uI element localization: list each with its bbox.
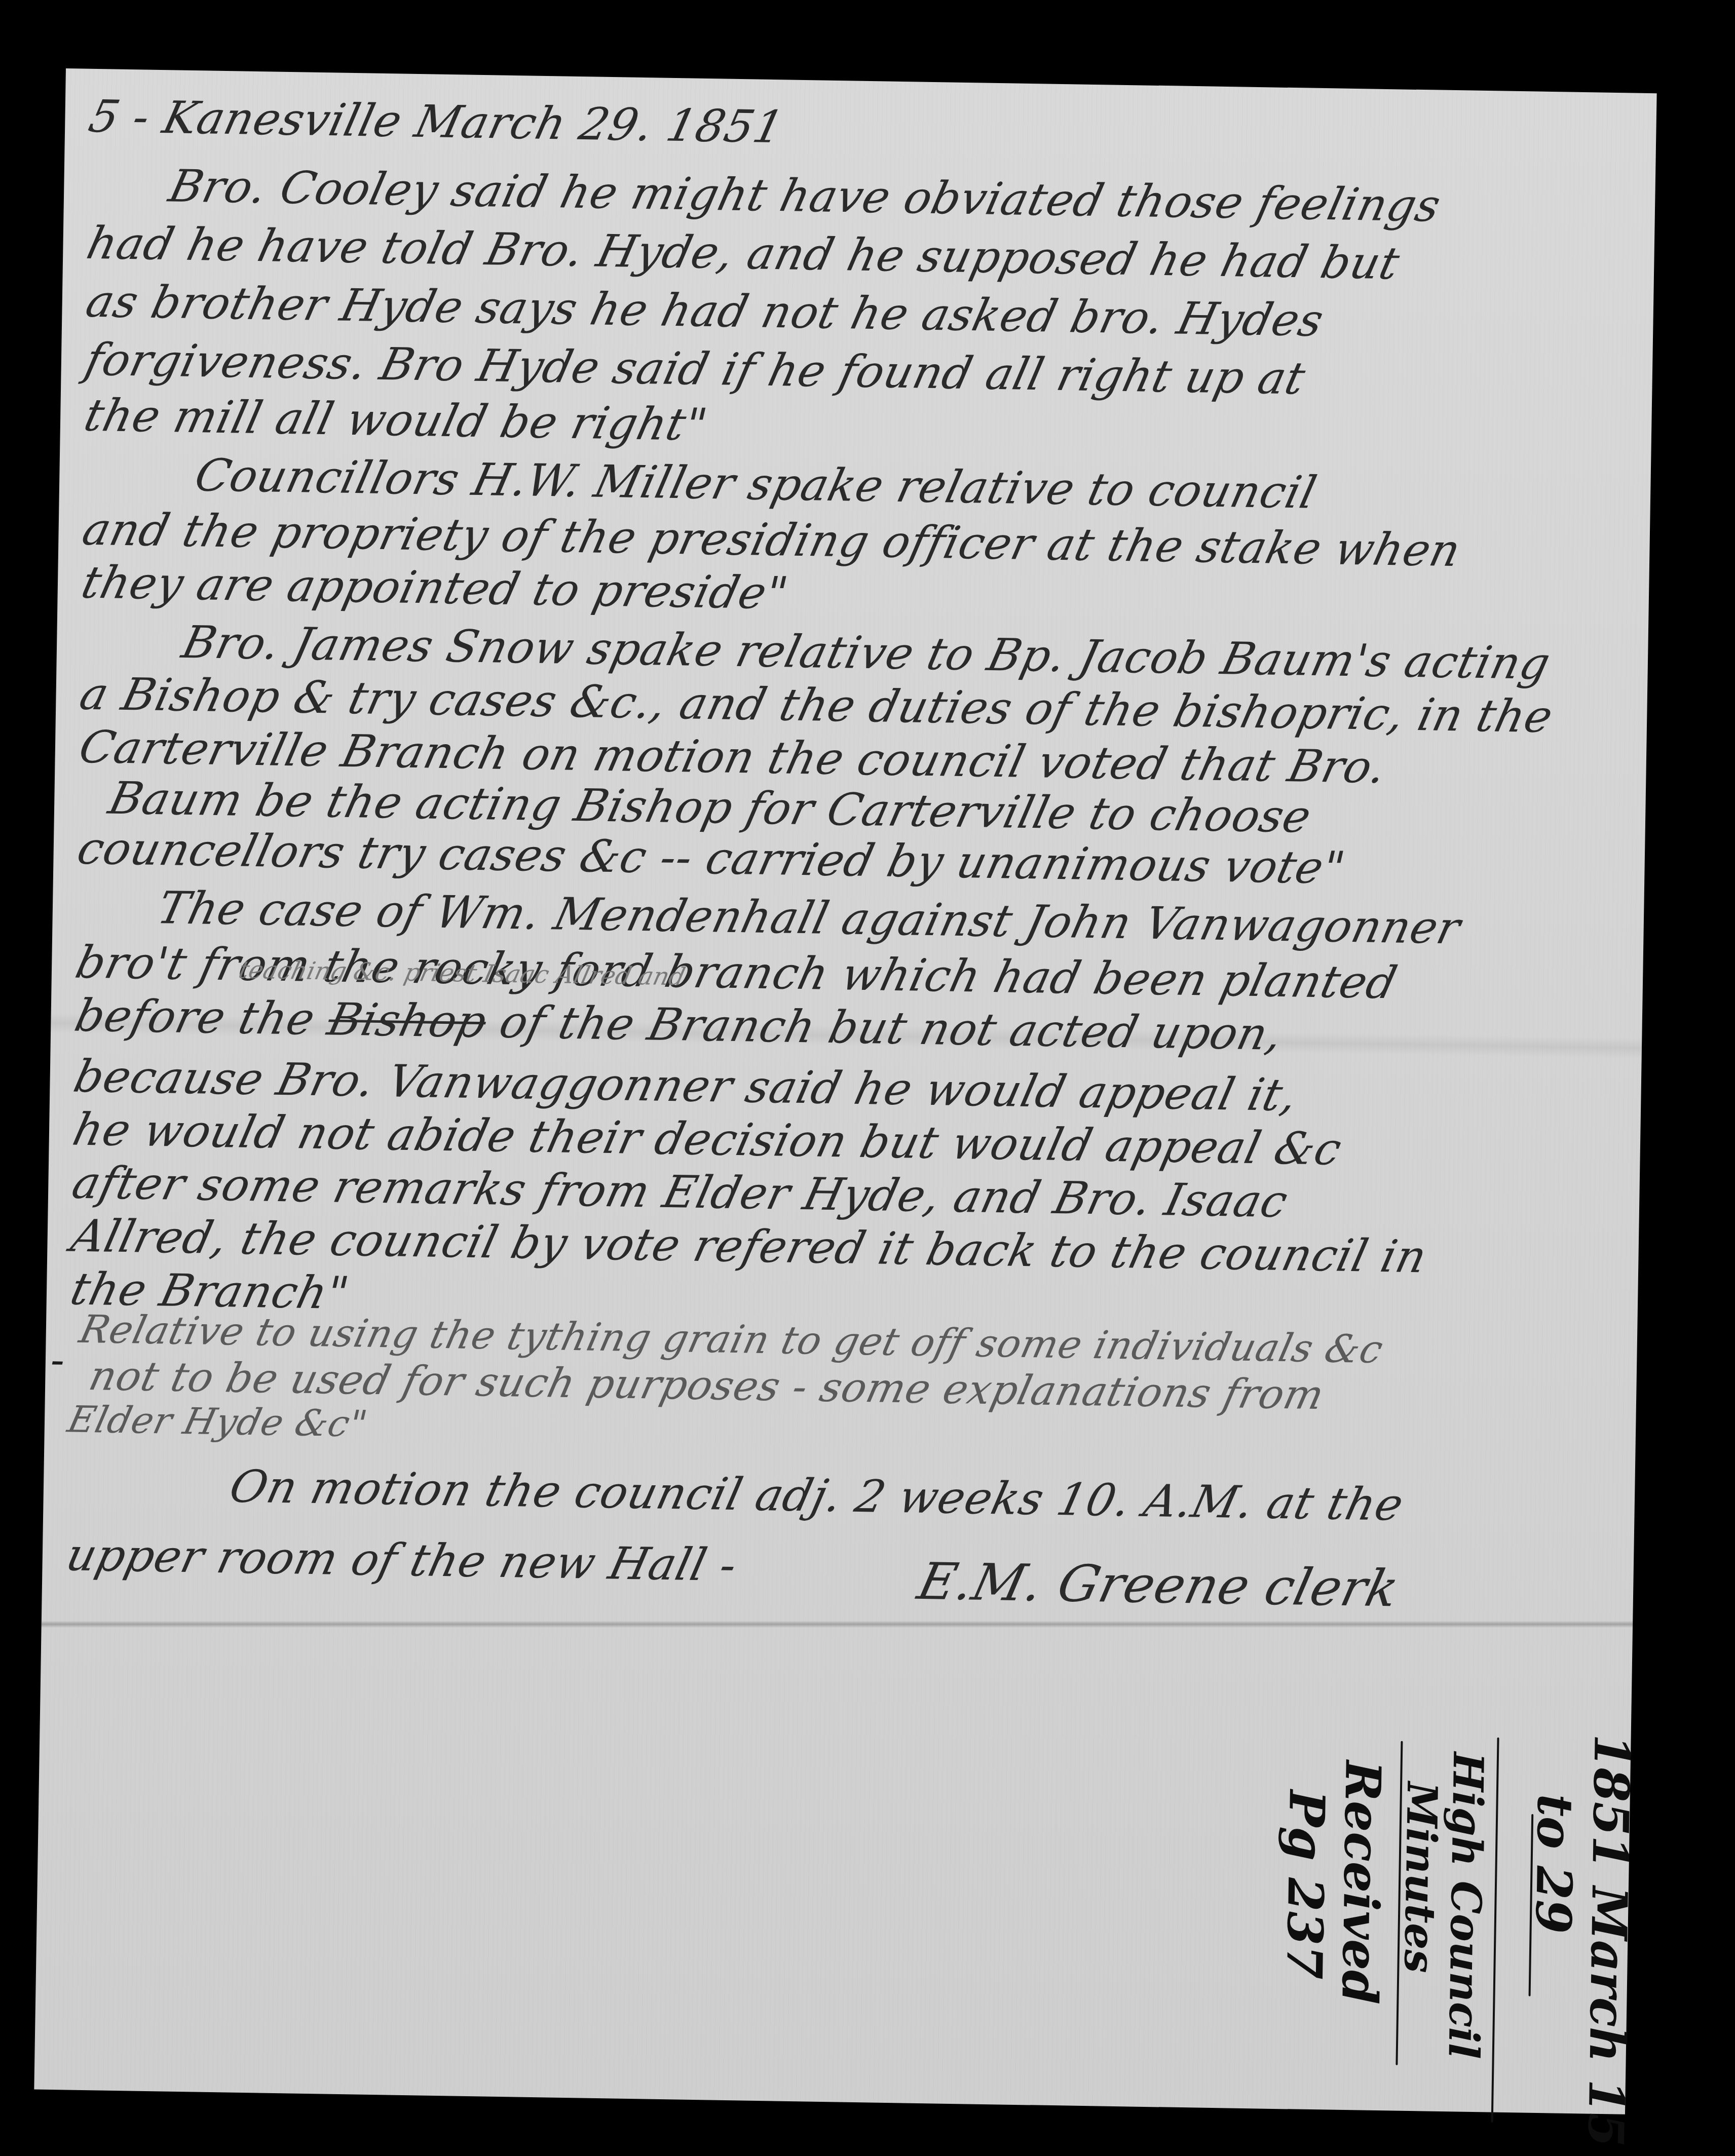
docket-rule <box>1491 1738 1499 2123</box>
page-number: 5 <box>84 90 125 143</box>
docket-received: Received <box>1335 1760 1387 2005</box>
minutes-line: On motion the council adj. 2 weeks 10. A… <box>225 1465 1408 1527</box>
docket-date-end: to 29 <box>1529 1794 1579 1934</box>
minutes-line: Elder Hyde &c" <box>65 1401 371 1442</box>
docket-subtitle: Minutes <box>1398 1782 1443 1974</box>
minutes-body: 5 - Kanesville March 29. 1851 Bro. Coole… <box>86 74 1616 98</box>
header-place-date: Kanesville March 29. 1851 <box>158 91 789 153</box>
minutes-line: Bro. Cooley said he might have obviated … <box>165 164 1445 228</box>
manuscript-page: 5 - Kanesville March 29. 1851 Bro. Coole… <box>34 68 1656 2114</box>
docket-page-ref: Pg 237 <box>1279 1790 1331 1980</box>
minutes-line: upper room of the new Hall - <box>62 1533 741 1588</box>
paper-fold-lower <box>42 1621 1633 1628</box>
docket-date-range: 1851 March 15 <box>1581 1734 1636 2147</box>
minutes-line: as brother Hyde says he had not he asked… <box>82 279 1328 343</box>
margin-mark: - <box>50 1340 64 1380</box>
minutes-line: Councillors H.W. Miller spake relative t… <box>191 453 1321 515</box>
header-line: 5 - Kanesville March 29. 1851 <box>85 94 788 149</box>
minutes-line: they are appointed to preside" <box>78 560 792 616</box>
minutes-line: the mill all would be right" <box>81 393 711 447</box>
clerk-signature: E.M. Greene clerk <box>914 1556 1404 1614</box>
docket-title: High Council <box>1443 1752 1489 2059</box>
struck-word: Bishop <box>323 993 492 1048</box>
minutes-line: had he have told Bro. Hyde, and he suppo… <box>83 221 1404 286</box>
interlinear-insertion: teaching &c. priest Isaac Allred and <box>237 958 688 989</box>
